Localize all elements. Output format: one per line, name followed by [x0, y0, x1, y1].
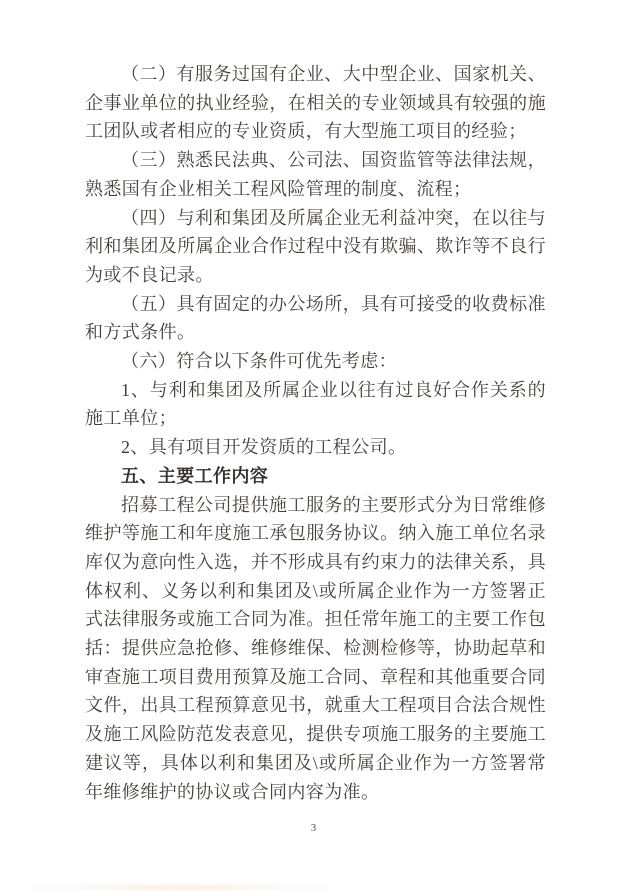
clause-4: （四）与利和集团及所属企业无利益冲突，在以往与利和集团及所属企业合作过程中没有欺…: [85, 204, 546, 290]
clause-3: （三）熟悉民法典、公司法、国资监管等法律法规，熟悉国有企业相关工程风险管理的制度…: [85, 146, 546, 203]
section-5-body: 招募工程公司提供施工服务的主要形式分为日常维修维护等施工和年度施工承包服务协议。…: [85, 491, 546, 807]
section-5-heading: 五、主要工作内容: [85, 462, 546, 491]
document-page: （二）有服务过国有企业、大中型企业、国家机关、企事业单位的执业经验，在相关的专业…: [0, 0, 627, 891]
scan-artifact: [30, 884, 330, 891]
page-number: 3: [0, 821, 627, 835]
priority-item-1: 1、与利和集团及所属企业以往有过良好合作关系的施工单位；: [85, 376, 546, 433]
document-body: （二）有服务过国有企业、大中型企业、国家机关、企事业单位的执业经验，在相关的专业…: [85, 60, 546, 806]
clause-2: （二）有服务过国有企业、大中型企业、国家机关、企事业单位的执业经验，在相关的专业…: [85, 60, 546, 146]
priority-item-2: 2、具有项目开发资质的工程公司。: [85, 433, 546, 462]
clause-5: （五）具有固定的办公场所，具有可接受的收费标准和方式条件。: [85, 290, 546, 347]
clause-6: （六）符合以下条件可优先考虑：: [85, 347, 546, 376]
